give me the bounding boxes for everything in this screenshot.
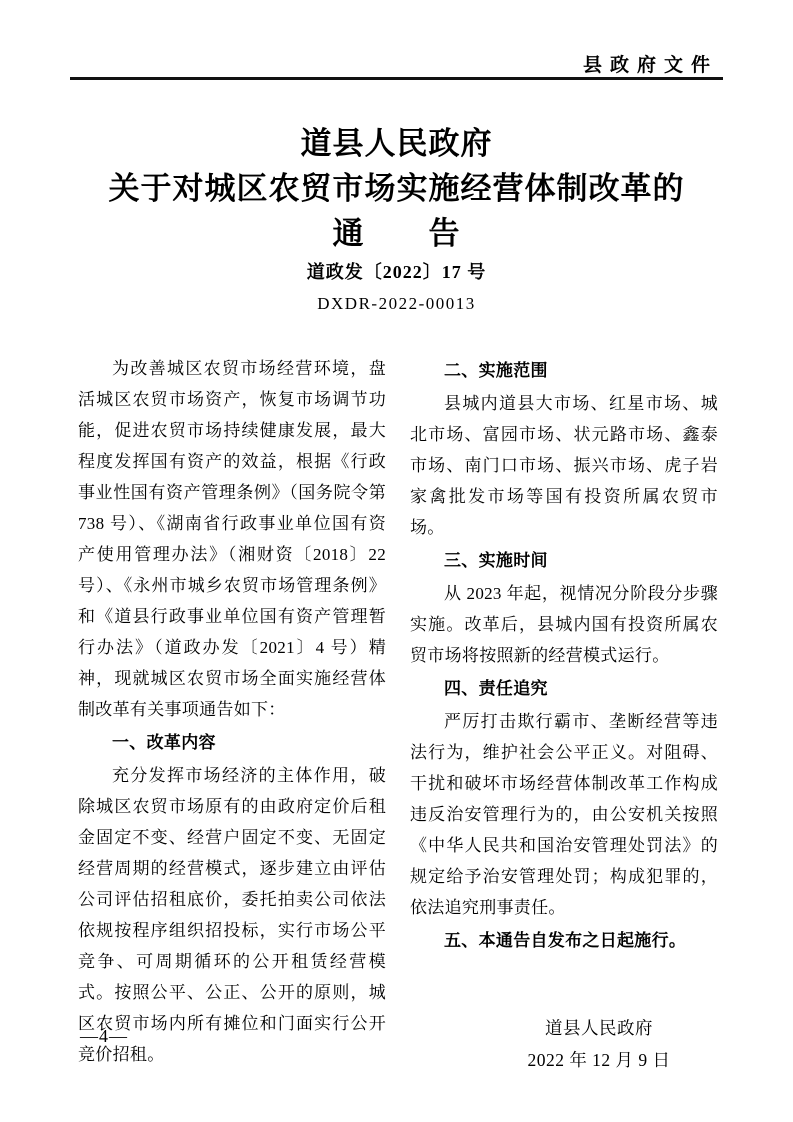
title-notice-type-line: 通 告 (0, 211, 793, 256)
signature-block: 道县人民政府 2022 年 12 月 9 日 (480, 1012, 718, 1076)
paragraph-scope: 县城内道县大市场、红星市场、城北市场、富园市场、状元路市场、鑫泰市场、南门口市场… (410, 388, 718, 543)
title-issuer-line: 道县人民政府 (0, 121, 793, 166)
section-heading-3-timing: 三、实施时间 (410, 545, 718, 576)
section-heading-5-effective-date: 五、本通告自发布之日起施行。 (410, 925, 718, 956)
paragraph-reform-content: 充分发挥市场经济的主体作用，破除城区农贸市场原有的由政府定价后租金固定不变、经营… (78, 760, 386, 1070)
left-column: 为改善城区农贸市场经营环境，盘活城区农贸市场资产，恢复市场调节功能，促进农贸市场… (78, 353, 386, 1076)
paragraph-accountability: 严厉打击欺行霸市、垄断经营等违法行为，维护社会公平正义。对阻碍、干扰和破坏市场经… (410, 706, 718, 923)
page-number: —4— (80, 1026, 128, 1047)
body-columns: 为改善城区农贸市场经营环境，盘活城区农贸市场资产，恢复市场调节功能，促进农贸市场… (78, 353, 718, 1076)
paragraph-timing: 从 2023 年起，视情况分阶段分步骤实施。改革后，县城内国有投资所属农贸市场将… (410, 578, 718, 671)
header-document-type-label: 县政府文件 (583, 50, 718, 77)
document-page: 县政府文件 道县人民政府 关于对城区农贸市场实施经营体制改革的 通 告 道政发〔… (0, 0, 793, 1122)
document-registration-number: DXDR-2022-00013 (0, 294, 793, 314)
signature-date: 2022 年 12 月 9 日 (480, 1044, 718, 1076)
document-title: 道县人民政府 关于对城区农贸市场实施经营体制改革的 通 告 (0, 121, 793, 256)
title-subject-line: 关于对城区农贸市场实施经营体制改革的 (0, 166, 793, 211)
document-issue-number: 道政发〔2022〕17 号 (0, 258, 793, 284)
header-divider-rule (70, 77, 723, 80)
section-heading-1-reform-content: 一、改革内容 (78, 727, 386, 758)
paragraph-preamble: 为改善城区农贸市场经营环境，盘活城区农贸市场资产，恢复市场调节功能，促进农贸市场… (78, 353, 386, 725)
signature-issuer: 道县人民政府 (480, 1012, 718, 1044)
section-heading-2-scope: 二、实施范围 (410, 355, 718, 386)
section-heading-4-accountability: 四、责任追究 (410, 673, 718, 704)
right-column: 二、实施范围 县城内道县大市场、红星市场、城北市场、富园市场、状元路市场、鑫泰市… (410, 353, 718, 1076)
